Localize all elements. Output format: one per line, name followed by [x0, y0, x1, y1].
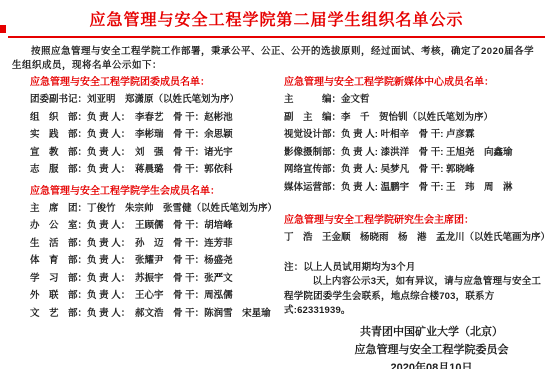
member-row-text: 金文哲 [341, 94, 370, 105]
member-row-text: 负 责 人: 叶相辛 骨 干: 卢彦霖 [341, 129, 475, 140]
section-youth-league: 应急管理与安全工程学院团委成员名单： 团委副书记：刘亚明 郑潇原（以姓氏笔划为序… [30, 74, 278, 179]
note-contact: 以上内容公示3天，如有异议，请与应急管理与安全工程学院团委学生会联系，地点综合楼… [284, 275, 549, 319]
section-student-union: 应急管理与安全工程学院学生会成员名单： 主 席 团：丁俊竹 朱宗帅 张雪健（以姓… [30, 183, 278, 323]
member-row: 媒体运营部：负 责 人: 温鹏宇 骨 干: 王 玮 周 淋 [284, 179, 549, 197]
member-row-label: 团委副书记： [30, 91, 87, 109]
member-row-label: 主 席 团： [30, 200, 87, 218]
member-row-text: 负 责 人： 孙 迈 骨 干：连芳菲 [87, 238, 233, 249]
member-row-text: 负 责 人: 漆洪洋 骨 干: 王旭尧 向鑫瑜 [341, 147, 513, 158]
member-row-label: 网络宣传部： [284, 161, 341, 179]
left-column: 应急管理与安全工程学院团委成员名单： 团委副书记：刘亚明 郑潇原（以姓氏笔划为序… [0, 72, 278, 369]
member-row: 实 践 部：负 责 人： 李彬瑞 骨 干：余思颖 [30, 126, 278, 144]
member-row: 视觉设计部：负 责 人: 叶相辛 骨 干: 卢彦霖 [284, 126, 549, 144]
member-row-text: 负 责 人： 李彬瑞 骨 干：余思颖 [87, 129, 233, 140]
member-row: 生 活 部：负 责 人： 孙 迈 骨 干：连芳菲 [30, 235, 278, 253]
member-row-text: 负 责 人： 苏振宇 骨 干：张严文 [87, 273, 233, 284]
member-row: 体 育 部：负 责 人： 张耀尹 骨 干：杨盛尧 [30, 252, 278, 270]
member-row-text: 负 责 人： 郝文浩 骨 干：陈润雪 宋星瑜 [87, 308, 271, 319]
member-row-text: 负 责 人: 吴梦凡 骨 干: 郭晓峰 [341, 164, 475, 175]
section-heading-new-media: 应急管理与安全工程学院新媒体中心成员名单： [284, 74, 549, 91]
member-row: 文 艺 部：负 责 人： 郝文浩 骨 干：陈润雪 宋星瑜 [30, 305, 278, 323]
member-row-text: 负 责 人: 温鹏宇 骨 干: 王 玮 周 淋 [341, 182, 513, 193]
announcement-page: 应急管理与安全工程学院第二届学生组织名单公示 按照应急管理与安全工程学院工作部署… [0, 0, 553, 369]
member-row-label: 实 践 部： [30, 126, 87, 144]
section-heading-graduate-association: 应急管理与安全工程学院研究生会主席团： [284, 212, 549, 229]
signature-date: 2020年08月10日 [314, 359, 549, 369]
member-row: 外 联 部：负 责 人： 王心宇 骨 干：周泓儒 [30, 287, 278, 305]
new-media-rows: 主 编：金文哲副 主 编：李 千 贺怡钏（以姓氏笔划为序）视觉设计部：负 责 人… [284, 91, 549, 196]
member-row: 影像摄制部：负 责 人: 漆洪洋 骨 干: 王旭尧 向鑫瑜 [284, 144, 549, 162]
member-row-text: 刘亚明 郑潇原（以姓氏笔划为序） [87, 94, 239, 105]
member-row-label: 志 服 部： [30, 161, 87, 179]
member-row-text: 负 责 人： 王心宇 骨 干：周泓儒 [87, 290, 233, 301]
section-new-media: 应急管理与安全工程学院新媒体中心成员名单： 主 编：金文哲副 主 编：李 千 贺… [284, 74, 549, 196]
member-row-label: 组 织 部： [30, 109, 87, 127]
member-row: 志 服 部：负 责 人： 蒋晨璐 骨 干：郭依科 [30, 161, 278, 179]
member-row-text: 负 责 人： 李春艺 骨 干：赵彬池 [87, 112, 233, 123]
member-row: 组 织 部：负 责 人： 李春艺 骨 干：赵彬池 [30, 109, 278, 127]
member-row-text: 负 责 人： 张耀尹 骨 干：杨盛尧 [87, 255, 233, 266]
member-row: 宣 教 部：负 责 人： 刘 强 骨 干：诸光宇 [30, 144, 278, 162]
title-divider [8, 36, 545, 38]
member-row: 团委副书记：刘亚明 郑潇原（以姓氏笔划为序） [30, 91, 278, 109]
right-column: 应急管理与安全工程学院新媒体中心成员名单： 主 编：金文哲副 主 编：李 千 贺… [278, 72, 553, 369]
signature-block: 共青团中国矿业大学（北京） 应急管理与安全工程学院委员会 2020年08月10日 [284, 323, 549, 369]
graduate-association-members: 丁 浩 王金顺 杨晓雨 杨 港 孟龙川（以姓氏笔画为序） [284, 229, 549, 247]
youth-league-rows: 团委副书记：刘亚明 郑潇原（以姓氏笔划为序）组 织 部：负 责 人： 李春艺 骨… [30, 91, 278, 179]
student-union-rows: 主 席 团：丁俊竹 朱宗帅 张雪健（以姓氏笔划为序）办 公 室：负 责 人： 王… [30, 200, 278, 323]
member-row-label: 文 艺 部： [30, 305, 87, 323]
member-row-label: 主 编： [284, 91, 341, 109]
member-row-label: 生 活 部： [30, 235, 87, 253]
member-row: 网络宣传部：负 责 人: 吴梦凡 骨 干: 郭晓峰 [284, 161, 549, 179]
member-row-text: 负 责 人： 王顾儒 骨 干：胡培峰 [87, 220, 233, 231]
two-column-body: 应急管理与安全工程学院团委成员名单： 团委副书记：刘亚明 郑潇原（以姓氏笔划为序… [0, 72, 553, 369]
signature-org-line1: 共青团中国矿业大学（北京） [314, 323, 549, 341]
member-row: 办 公 室：负 责 人： 王顾儒 骨 干：胡培峰 [30, 217, 278, 235]
member-row-text: 丁俊竹 朱宗帅 张雪健（以姓氏笔划为序） [87, 203, 277, 214]
page-title: 应急管理与安全工程学院第二届学生组织名单公示 [0, 7, 553, 30]
member-row-label: 宣 教 部： [30, 144, 87, 162]
section-heading-youth-league: 应急管理与安全工程学院团委成员名单： [30, 74, 278, 91]
member-row-label: 视觉设计部： [284, 126, 341, 144]
member-row-text: 负 责 人： 刘 强 骨 干：诸光宇 [87, 147, 233, 158]
signature-org-line2: 应急管理与安全工程学院委员会 [314, 341, 549, 359]
section-heading-student-union: 应急管理与安全工程学院学生会成员名单： [30, 183, 278, 200]
member-row-label: 办 公 室： [30, 217, 87, 235]
note-probation: 注：以上人员试用期均为3个月 [284, 261, 549, 276]
member-row-label: 外 联 部： [30, 287, 87, 305]
member-row-label: 副 主 编： [284, 109, 341, 127]
member-row-label: 影像摄制部： [284, 144, 341, 162]
section-graduate-association: 应急管理与安全工程学院研究生会主席团： 丁 浩 王金顺 杨晓雨 杨 港 孟龙川（… [284, 212, 549, 247]
member-row-label: 学 习 部： [30, 270, 87, 288]
member-row-text: 负 责 人： 蒋晨璐 骨 干：郭依科 [87, 164, 233, 175]
notes-block: 注：以上人员试用期均为3个月 以上内容公示3天，如有异议，请与应急管理与安全工程… [284, 261, 549, 319]
member-row: 学 习 部：负 责 人： 苏振宇 骨 干：张严文 [30, 270, 278, 288]
intro-paragraph: 按照应急管理与安全工程学院工作部署，秉承公平、公正、公开的选拔原则，经过面试、考… [12, 45, 541, 73]
member-row: 主 编：金文哲 [284, 91, 549, 109]
red-corner-mark [0, 25, 6, 33]
member-row-label: 体 育 部： [30, 252, 87, 270]
member-row: 主 席 团：丁俊竹 朱宗帅 张雪健（以姓氏笔划为序） [30, 200, 278, 218]
member-row-text: 李 千 贺怡钏（以姓氏笔划为序） [341, 112, 493, 123]
member-row-label: 媒体运营部： [284, 179, 341, 197]
member-row: 副 主 编：李 千 贺怡钏（以姓氏笔划为序） [284, 109, 549, 127]
